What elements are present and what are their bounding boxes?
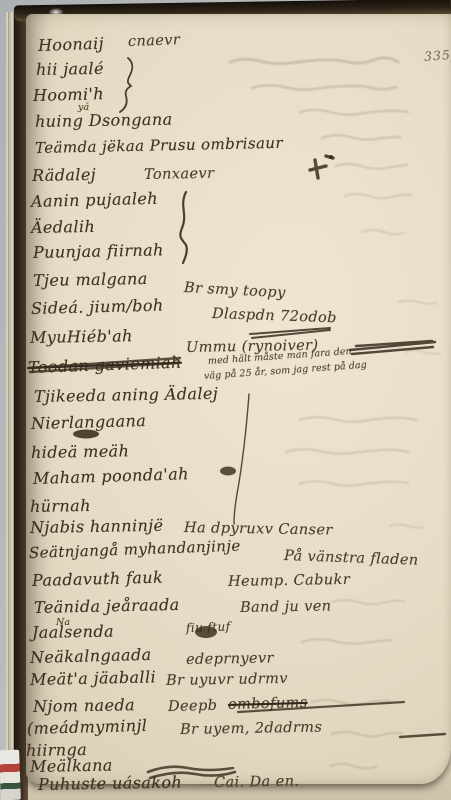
entry-note-22: fiu ftuf (186, 619, 231, 635)
entry-note-29: Cai. Da en. (214, 774, 300, 791)
entry-word-23: Neäkalngaada (30, 645, 152, 667)
photo-background: Hoonaij cnaevr hii jaalé Hoomi'h yá huin… (0, 0, 451, 800)
entry-word-19: Seätnjangå myhandanjinje (29, 537, 241, 562)
entry-word-8: Puunjaa fiirnah (33, 240, 164, 262)
entry-word-17: hürnah (30, 496, 91, 516)
page-number: 335 (424, 47, 451, 64)
entry-note-24: Br uyuvr udrmv (166, 671, 288, 689)
entry-note-21: Band ju ven (240, 598, 332, 616)
entry-word-16: Maham poonda'ah (33, 464, 189, 488)
entry-word-3: huing Dsongana (35, 110, 173, 131)
entry-word-11: MyuHiéb'ah (30, 326, 133, 347)
manuscript-page: Hoonaij cnaevr hii jaalé Hoomi'h yá huin… (26, 14, 451, 784)
entry-word-20: Paadavuth fauk (32, 568, 164, 590)
entry-word-0: Hoonaij (38, 34, 105, 55)
entry-word-29: Puhuste uásakoh (38, 772, 182, 794)
entry-word-10: Sideá. jium/boh (31, 296, 164, 318)
entry-word-26: (meádmyminjl (27, 716, 148, 738)
entry-word-5: Rädalej (32, 165, 96, 185)
entry-note-18: Ha dpyruxv Canser (184, 520, 333, 539)
entry-word-7: Äedalih (31, 217, 95, 237)
entry-word-9: Tjeu malgana (33, 269, 148, 290)
entry-note-25-struck: ombofums (228, 695, 308, 713)
entry-word-12-struck: Toodan gaviemiah (28, 353, 182, 377)
entry-word-2: Hoomi'h (33, 84, 104, 105)
entry-note-9: Br smy toopy (184, 280, 286, 301)
entry-note-10: Dlaspdn 72odob (212, 306, 337, 326)
entry-word-4: Teämda jëkaa Prusu ombrisaur (35, 134, 283, 157)
entry-word-1: hii jaalé (36, 59, 104, 79)
entry-note-5: Tonxaevr (144, 166, 215, 183)
entry-word-22: Jaalsenda (32, 622, 114, 642)
entry-word-14: Nierlangaana (31, 411, 147, 433)
entry-word-24: Meät'a jäaballi (30, 667, 156, 689)
entry-word-13: Tjikeeda aning Ädalej (34, 384, 218, 406)
entry-word-6: Aanin pujaaleh (31, 189, 158, 211)
entry-word-18: Njabis hanninjë (30, 516, 164, 537)
entry-note-20: Heump. Cabukr (228, 572, 350, 590)
entry-note-23: edeprnyevr (186, 650, 274, 668)
binding-tape (0, 750, 21, 800)
entry-word-25: Njom naeda (33, 695, 135, 716)
entry-note-25: Deepb (168, 698, 218, 715)
entry-word-15: hideä meäh (31, 441, 130, 462)
entry-note-19: På vänstra fladen (284, 548, 419, 569)
entry-word-21: Teänida jeåraada (34, 595, 180, 617)
entry-note-26: Br uyem, 2dadrms (180, 720, 322, 738)
entry-note-0: cnaevr (128, 32, 181, 50)
